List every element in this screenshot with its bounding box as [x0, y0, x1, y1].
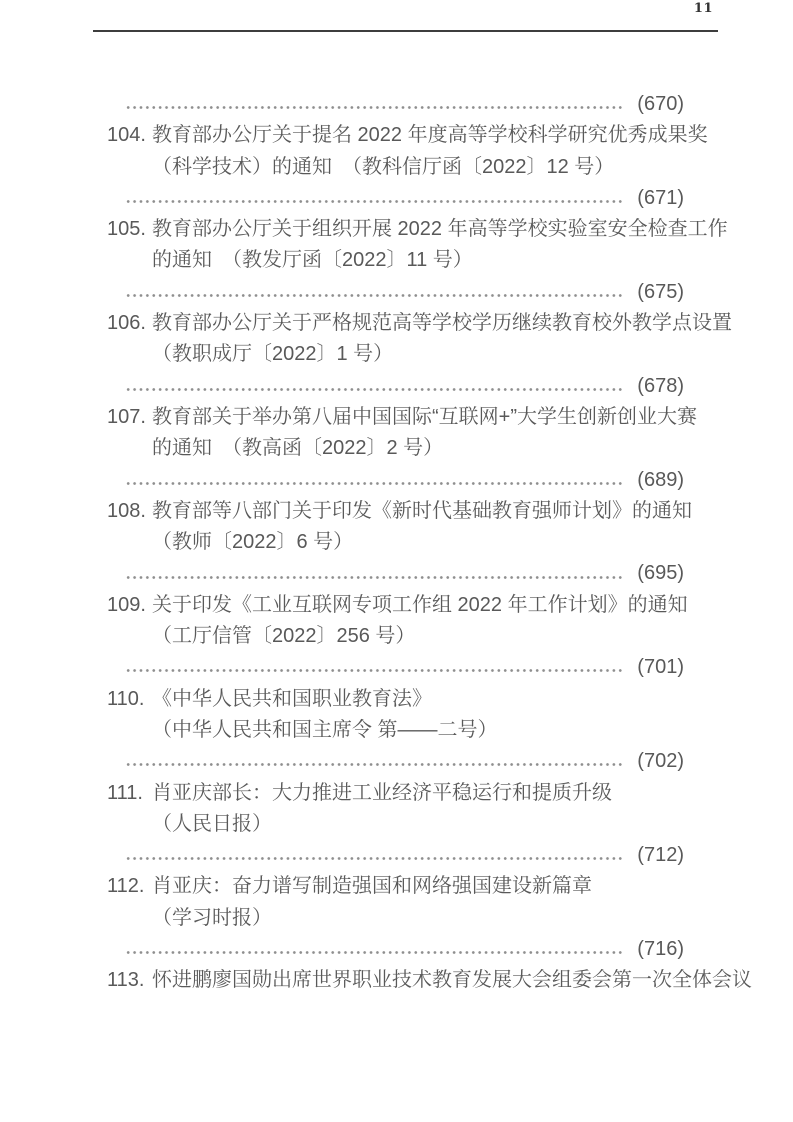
dot-leader: [125, 575, 623, 580]
leader-row: (671): [125, 183, 684, 214]
entry-title-continuation: （教职成厅〔2022〕1 号）: [107, 339, 719, 370]
entry-title-line: 110. 《中华人民共和国职业教育法》: [107, 684, 719, 715]
page-ref: (716): [623, 934, 684, 965]
entry-title-text: 教育部办公厅关于严格规范高等学校学历继续教育校外教学点设置: [152, 308, 732, 339]
page-ref: (701): [623, 652, 684, 683]
entry-title-continuation: （学习时报）: [107, 903, 719, 934]
entry-title-line: 104. 教育部办公厅关于提名 2022 年度高等学校科学研究优秀成果奖: [107, 120, 719, 151]
dot-leader: [125, 293, 623, 298]
leader-row: (695): [125, 558, 684, 589]
entry-title-line: 108. 教育部等八部门关于印发《新时代基础教育强师计划》的通知: [107, 496, 719, 527]
leader-row: (702): [125, 746, 684, 777]
dot-leader: [125, 199, 623, 204]
entry-number: 104.: [107, 120, 152, 151]
entry-number: 110.: [107, 684, 152, 715]
dot-leader: [125, 762, 623, 767]
entry-number: 112.: [107, 871, 152, 902]
dot-leader: [125, 105, 623, 110]
entry-title-line: 112. 肖亚庆：奋力谱写制造强国和网络强国建设新篇章: [107, 871, 719, 902]
entry-title-line: 113. 怀进鹏廖国勋出席世界职业技术教育发展大会组委会第一次全体会议: [107, 965, 719, 996]
dot-leader: [125, 856, 623, 861]
toc-entry: 107. 教育部关于举办第八届中国国际“互联网+”大学生创新创业大赛 的通知 （…: [107, 402, 719, 496]
leader-row: (675): [125, 277, 684, 308]
toc-entry: 113. 怀进鹏廖国勋出席世界职业技术教育发展大会组委会第一次全体会议: [107, 965, 719, 996]
document-page: 11 (670) 104. 教育部办公厅关于提名 2022 年度高等学校科学研究…: [0, 0, 793, 1122]
entry-number: 108.: [107, 496, 152, 527]
entry-number: 113.: [107, 965, 152, 996]
entry-number: 105.: [107, 214, 152, 245]
page-ref: (670): [623, 89, 684, 120]
leader-row: (678): [125, 371, 684, 402]
entry-title-continuation: 的通知 （教高函〔2022〕2 号）: [107, 433, 719, 464]
dot-leader: [125, 387, 623, 392]
toc-entry: 109. 关于印发《工业互联网专项工作组 2022 年工作计划》的通知 （工厅信…: [107, 590, 719, 684]
dot-leader: [125, 950, 623, 955]
header-rule: [93, 30, 718, 32]
leader-row: (689): [125, 465, 684, 496]
toc-entry: 111. 肖亚庆部长：大力推进工业经济平稳运行和提质升级 （人民日报） (712…: [107, 778, 719, 872]
page-ref: (671): [623, 183, 684, 214]
entry-title-text: 肖亚庆部长：大力推进工业经济平稳运行和提质升级: [152, 778, 719, 809]
entry-number: 106.: [107, 308, 152, 339]
leader-row: (712): [125, 840, 684, 871]
toc-entry: 105. 教育部办公厅关于组织开展 2022 年高等学校实验室安全检查工作 的通…: [107, 214, 719, 308]
entry-number: 107.: [107, 402, 152, 433]
entry-title-text: 《中华人民共和国职业教育法》: [152, 684, 719, 715]
toc-entry: 108. 教育部等八部门关于印发《新时代基础教育强师计划》的通知 （教师〔202…: [107, 496, 719, 590]
entry-title-continuation: 的通知 （教发厅函〔2022〕11 号）: [107, 245, 719, 276]
toc-entry: 106. 教育部办公厅关于严格规范高等学校学历继续教育校外教学点设置 （教职成厅…: [107, 308, 719, 402]
entry-title-text: 教育部办公厅关于提名 2022 年度高等学校科学研究优秀成果奖: [152, 120, 719, 151]
leader-row: (701): [125, 652, 684, 683]
folio-page-number: 11: [694, 1, 713, 16]
toc-entries: 104. 教育部办公厅关于提名 2022 年度高等学校科学研究优秀成果奖 （科学…: [107, 120, 719, 996]
entry-title-text: 关于印发《工业互联网专项工作组 2022 年工作计划》的通知: [152, 590, 719, 621]
page-ref: (675): [623, 277, 684, 308]
toc-entry: 110. 《中华人民共和国职业教育法》 （中华人民共和国主席令 第——二号） (…: [107, 684, 719, 778]
page-ref: (695): [623, 558, 684, 589]
entry-title-text: 肖亚庆：奋力谱写制造强国和网络强国建设新篇章: [152, 871, 719, 902]
toc-entry: 112. 肖亚庆：奋力谱写制造强国和网络强国建设新篇章 （学习时报） (716): [107, 871, 719, 965]
entry-title-line: 106. 教育部办公厅关于严格规范高等学校学历继续教育校外教学点设置: [107, 308, 719, 339]
page-ref: (712): [623, 840, 684, 871]
entry-title-line: 111. 肖亚庆部长：大力推进工业经济平稳运行和提质升级: [107, 778, 719, 809]
entry-title-continuation: （人民日报）: [107, 809, 719, 840]
entry-title-text: 教育部关于举办第八届中国国际“互联网+”大学生创新创业大赛: [152, 402, 719, 433]
page-ref: (702): [623, 746, 684, 777]
entry-title-continuation: （工厅信管〔2022〕256 号）: [107, 621, 719, 652]
dot-leader: [125, 481, 623, 486]
entry-title-continuation: （科学技术）的通知 （教科信厅函〔2022〕12 号）: [107, 152, 719, 183]
entry-title-line: 105. 教育部办公厅关于组织开展 2022 年高等学校实验室安全检查工作: [107, 214, 719, 245]
dot-leader: [125, 668, 623, 673]
entry-number: 109.: [107, 590, 152, 621]
page-ref: (678): [623, 371, 684, 402]
table-of-contents: (670) 104. 教育部办公厅关于提名 2022 年度高等学校科学研究优秀成…: [107, 89, 719, 997]
entry-title-text: 教育部办公厅关于组织开展 2022 年高等学校实验室安全检查工作: [152, 214, 728, 245]
leader-row: (716): [125, 934, 684, 965]
entry-title-continuation: （教师〔2022〕6 号）: [107, 527, 719, 558]
entry-title-line: 107. 教育部关于举办第八届中国国际“互联网+”大学生创新创业大赛: [107, 402, 719, 433]
entry-title-text: 怀进鹏廖国勋出席世界职业技术教育发展大会组委会第一次全体会议: [152, 965, 752, 996]
entry-title-text: 教育部等八部门关于印发《新时代基础教育强师计划》的通知: [152, 496, 719, 527]
entry-title-line: 109. 关于印发《工业互联网专项工作组 2022 年工作计划》的通知: [107, 590, 719, 621]
toc-entry: 104. 教育部办公厅关于提名 2022 年度高等学校科学研究优秀成果奖 （科学…: [107, 120, 719, 214]
entry-number: 111.: [107, 778, 152, 809]
page-ref: (689): [623, 465, 684, 496]
leader-row-carryover: (670): [125, 89, 684, 120]
entry-title-continuation: （中华人民共和国主席令 第——二号）: [107, 715, 719, 746]
